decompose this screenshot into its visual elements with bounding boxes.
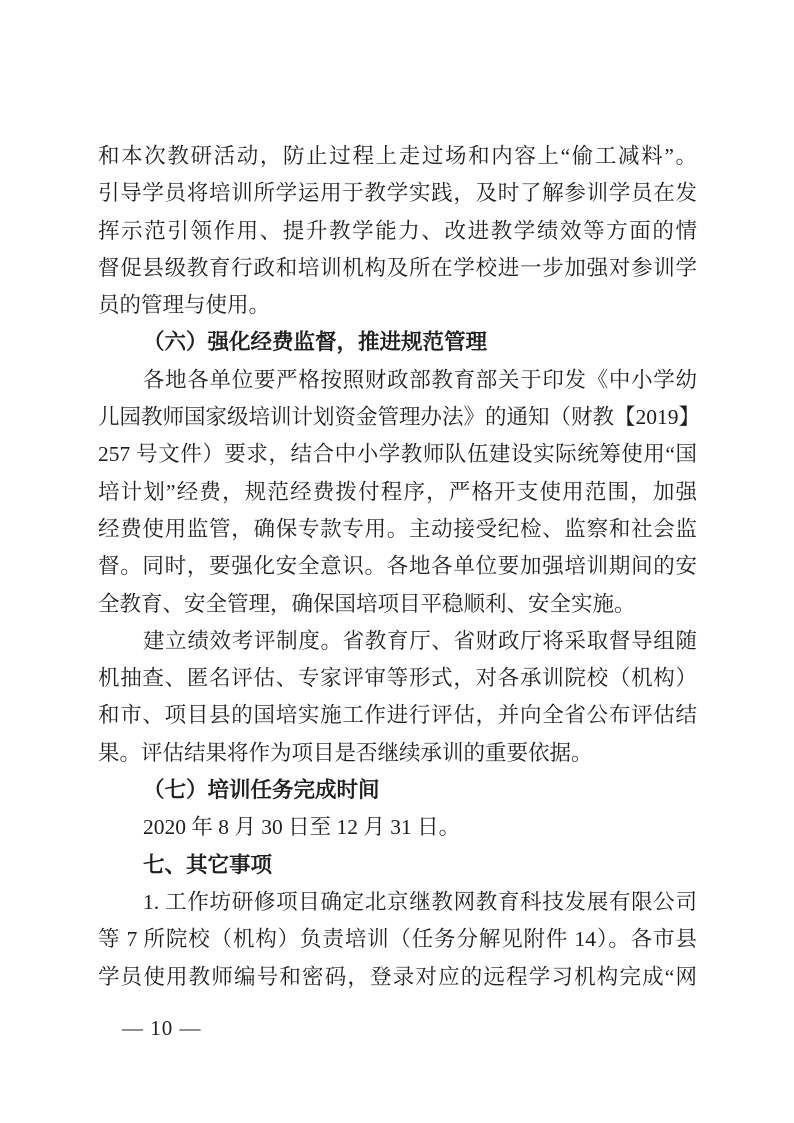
paragraph-line: 和本次教研活动，防止过程上走过场和内容上“偷工减料”。 [98, 138, 697, 175]
paragraph-line: 经费使用监管，确保专款专用。主动接受纪检、监察和社会监 [98, 511, 697, 548]
document-page: 和本次教研活动，防止过程上走过场和内容上“偷工减料”。 引导学员将培训所学运用于… [0, 0, 794, 1123]
paragraph-line: 儿园教师国家级培训计划资金管理办法》的通知（财教【2019】 [98, 399, 697, 436]
document-body: 和本次教研活动，防止过程上走过场和内容上“偷工减料”。 引导学员将培训所学运用于… [98, 138, 697, 996]
paragraph-line: 和市、项目县的国培实施工作进行评估，并向全省公布评估结 [98, 697, 697, 734]
section-heading-seven: （七）培训任务完成时间 [98, 772, 697, 809]
paragraph-line: 机抽查、匿名评估、专家评审等形式，对各承训院校（机构） [98, 660, 697, 697]
paragraph-line: 1. 工作坊研修项目确定北京继教网教育科技发展有限公司 [98, 884, 697, 921]
paragraph-line: 培计划”经费，规范经费拨付程序，严格开支使用范围，加强 [98, 474, 697, 511]
section-heading-six: （六）强化经费监督，推进规范管理 [98, 324, 697, 361]
paragraph-line: 员的管理与使用。 [98, 287, 697, 324]
section-heading-other: 七、其它事项 [98, 847, 697, 884]
paragraph-line: 督。同时，要强化安全意识。各地各单位要加强培训期间的安 [98, 548, 697, 585]
page-number: — 10 — [122, 1014, 202, 1042]
paragraph-line: 学员使用教师编号和密码，登录对应的远程学习机构完成“网 [98, 959, 697, 996]
paragraph-line: 果。评估结果将作为项目是否继续承训的重要依据。 [98, 735, 697, 772]
paragraph-line: 257 号文件）要求，结合中小学教师队伍建设实际统筹使用“国 [98, 436, 697, 473]
paragraph-line: 挥示范引领作用、提升教学能力、改进教学绩效等方面的情况， [98, 213, 697, 250]
paragraph-line: 2020 年 8 月 30 日至 12 月 31 日。 [98, 809, 697, 846]
paragraph-line: 督促县级教育行政和培训机构及所在学校进一步加强对参训学 [98, 250, 697, 287]
paragraph-line: 各地各单位要严格按照财政部教育部关于印发《中小学幼 [98, 362, 697, 399]
paragraph-line: 引导学员将培训所学运用于教学实践，及时了解参训学员在发 [98, 175, 697, 212]
paragraph-line: 等 7 所院校（机构）负责培训（任务分解见附件 14）。各市县 [98, 921, 697, 958]
paragraph-line: 建立绩效考评制度。省教育厅、省财政厅将采取督导组随 [98, 623, 697, 660]
paragraph-line: 全教育、安全管理，确保国培项目平稳顺利、安全实施。 [98, 586, 697, 623]
